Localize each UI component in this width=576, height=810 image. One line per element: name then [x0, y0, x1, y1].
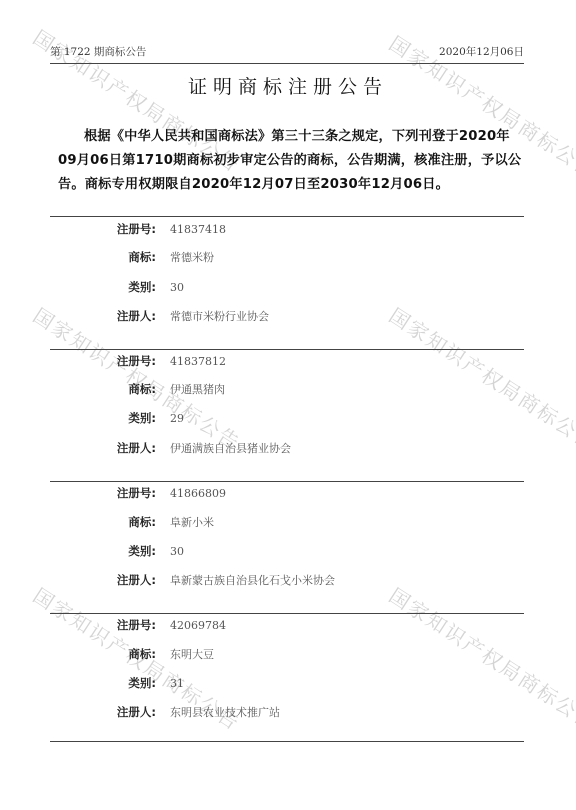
- registrant-value: 阜新蒙古族自治县化石戈小米协会: [170, 572, 335, 588]
- watermark: 国家知识产权局商标公告: [384, 300, 576, 456]
- class-value: 29: [170, 412, 184, 425]
- reg-no-label: 注册号:: [50, 353, 156, 369]
- issue-date: 2020年12月06日: [439, 44, 524, 59]
- watermark: 国家知识产权局商标公告: [384, 580, 576, 736]
- mark-value: 常德米粉: [170, 249, 214, 265]
- reg-no-value: 41837418: [170, 223, 226, 236]
- reg-no-value: 42069784: [170, 619, 226, 632]
- registrant-label: 注册人:: [50, 440, 156, 456]
- header-divider: [50, 63, 524, 64]
- registrant-label: 注册人:: [50, 308, 156, 324]
- reg-no-value: 41837812: [170, 355, 226, 368]
- class-label: 类别:: [50, 410, 156, 426]
- class-value: 30: [170, 281, 184, 294]
- registrant-label: 注册人:: [50, 572, 156, 588]
- class-label: 类别:: [50, 543, 156, 559]
- intro-paragraph: 根据《中华人民共和国商标法》第三十三条之规定，下列刊登于2020年09月06日第…: [58, 125, 528, 197]
- issue-number: 第 1722 期商标公告: [50, 44, 146, 59]
- registrant-value: 东明县农业技术推广站: [170, 704, 280, 720]
- registrant-value: 常德市米粉行业协会: [170, 308, 269, 324]
- registrant-label: 注册人:: [50, 704, 156, 720]
- class-value: 31: [170, 677, 184, 690]
- divider: [50, 349, 524, 350]
- reg-no-label: 注册号:: [50, 617, 156, 633]
- mark-label: 商标:: [50, 381, 156, 397]
- mark-label: 商标:: [50, 514, 156, 530]
- divider: [50, 216, 524, 217]
- mark-value: 阜新小米: [170, 514, 214, 530]
- class-label: 类别:: [50, 279, 156, 295]
- class-label: 类别:: [50, 675, 156, 691]
- divider: [50, 481, 524, 482]
- mark-value: 东明大豆: [170, 646, 214, 662]
- mark-label: 商标:: [50, 646, 156, 662]
- mark-label: 商标:: [50, 249, 156, 265]
- registrant-value: 伊通满族自治县猪业协会: [170, 440, 291, 456]
- mark-value: 伊通黑猪肉: [170, 381, 225, 397]
- reg-no-value: 41866809: [170, 487, 226, 500]
- class-value: 30: [170, 545, 184, 558]
- reg-no-label: 注册号:: [50, 485, 156, 501]
- divider: [50, 613, 524, 614]
- footer-divider: [50, 741, 524, 742]
- page-title: 证明商标注册公告: [0, 72, 576, 99]
- reg-no-label: 注册号:: [50, 221, 156, 237]
